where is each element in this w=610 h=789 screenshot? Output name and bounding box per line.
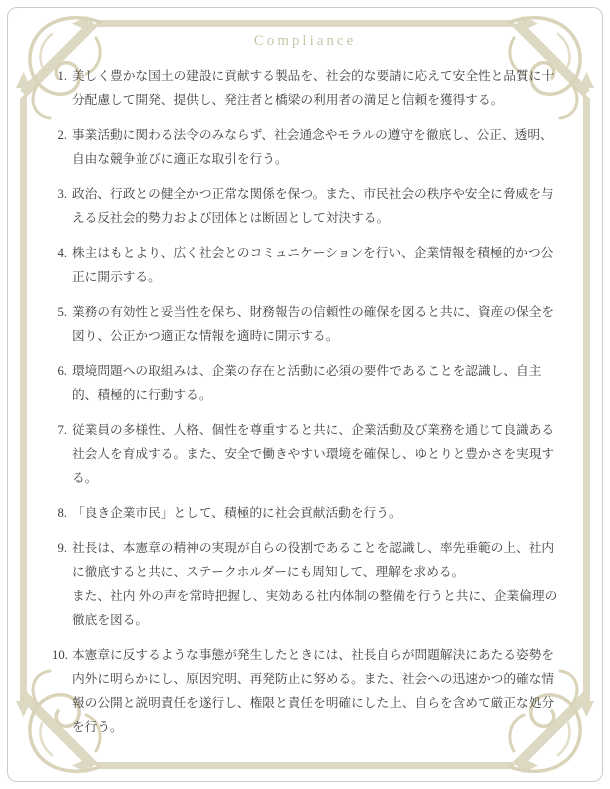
compliance-item: 4. 株主はもとより、広く社会とのコミュニケーションを行い、企業情報を積極的かつ… xyxy=(52,241,558,289)
item-number: 3. xyxy=(52,182,67,206)
compliance-item: 9. 社長は、本憲章の精神の実現が自らの役割であることを認識し、率先垂範の上、社… xyxy=(52,536,558,632)
item-text: 業務の有効性と妥当性を保ち、財務報告の信頼性の確保を図ると共に、資産の保全を図り… xyxy=(72,300,558,348)
compliance-item: 10. 本憲章に反するような事態が発生したときには、社長自らが問題解決にあたる姿… xyxy=(52,643,558,739)
item-number: 6. xyxy=(52,359,67,383)
item-text: 環境問題への取組みは、企業の存在と活動に必須の要件であることを認識し、自主的、積… xyxy=(72,359,558,407)
compliance-item: 1. 美しく豊かな国土の建設に貢献する製品を、社会的な要請に応えて安全性と品質に… xyxy=(52,64,558,112)
item-text: 美しく豊かな国土の建設に貢献する製品を、社会的な要請に応えて安全性と品質に十分配… xyxy=(72,64,558,112)
item-text: 政治、行政との健全かつ正常な関係を保つ。また、市民社会の秩序や安全に脅威を与える… xyxy=(72,182,558,230)
item-text: 本憲章に反するような事態が発生したときには、社長自らが問題解決にあたる姿勢を内外… xyxy=(72,643,558,739)
item-number: 7. xyxy=(52,418,67,442)
item-number: 5. xyxy=(52,300,67,324)
item-text: 従業員の多様性、人格、個性を尊重すると共に、企業活動及び業務を通じて良識ある社会… xyxy=(72,418,558,490)
item-text: 社長は、本憲章の精神の実現が自らの役割であることを認識し、率先垂範の上、社内に徹… xyxy=(72,536,558,632)
compliance-list: 1. 美しく豊かな国土の建設に貢献する製品を、社会的な要請に応えて安全性と品質に… xyxy=(52,64,558,750)
compliance-item: 8. 「良き企業市民」として、積極的に社会貢献活動を行う。 xyxy=(52,501,558,525)
compliance-page: { "page": { "title": "Compliance", "colo… xyxy=(0,0,610,789)
compliance-item: 5. 業務の有効性と妥当性を保ち、財務報告の信頼性の確保を図ると共に、資産の保全… xyxy=(52,300,558,348)
item-number: 2. xyxy=(52,123,67,147)
item-number: 4. xyxy=(52,241,67,265)
compliance-item: 7. 従業員の多様性、人格、個性を尊重すると共に、企業活動及び業務を通じて良識あ… xyxy=(52,418,558,490)
compliance-item: 6. 環境問題への取組みは、企業の存在と活動に必須の要件であることを認識し、自主… xyxy=(52,359,558,407)
item-number: 8. xyxy=(52,501,67,525)
item-number: 10. xyxy=(52,643,67,667)
item-number: 9. xyxy=(52,536,67,560)
item-text: 事業活動に関わる法令のみならず、社会通念やモラルの遵守を徹底し、公正、透明、自由… xyxy=(72,123,558,171)
page-title: Compliance xyxy=(0,33,610,50)
item-text: 「良き企業市民」として、積極的に社会貢献活動を行う。 xyxy=(72,501,558,525)
item-text: 株主はもとより、広く社会とのコミュニケーションを行い、企業情報を積極的かつ公正に… xyxy=(72,241,558,289)
compliance-item: 2. 事業活動に関わる法令のみならず、社会通念やモラルの遵守を徹底し、公正、透明… xyxy=(52,123,558,171)
item-number: 1. xyxy=(52,64,67,88)
compliance-item: 3. 政治、行政との健全かつ正常な関係を保つ。また、市民社会の秩序や安全に脅威を… xyxy=(52,182,558,230)
